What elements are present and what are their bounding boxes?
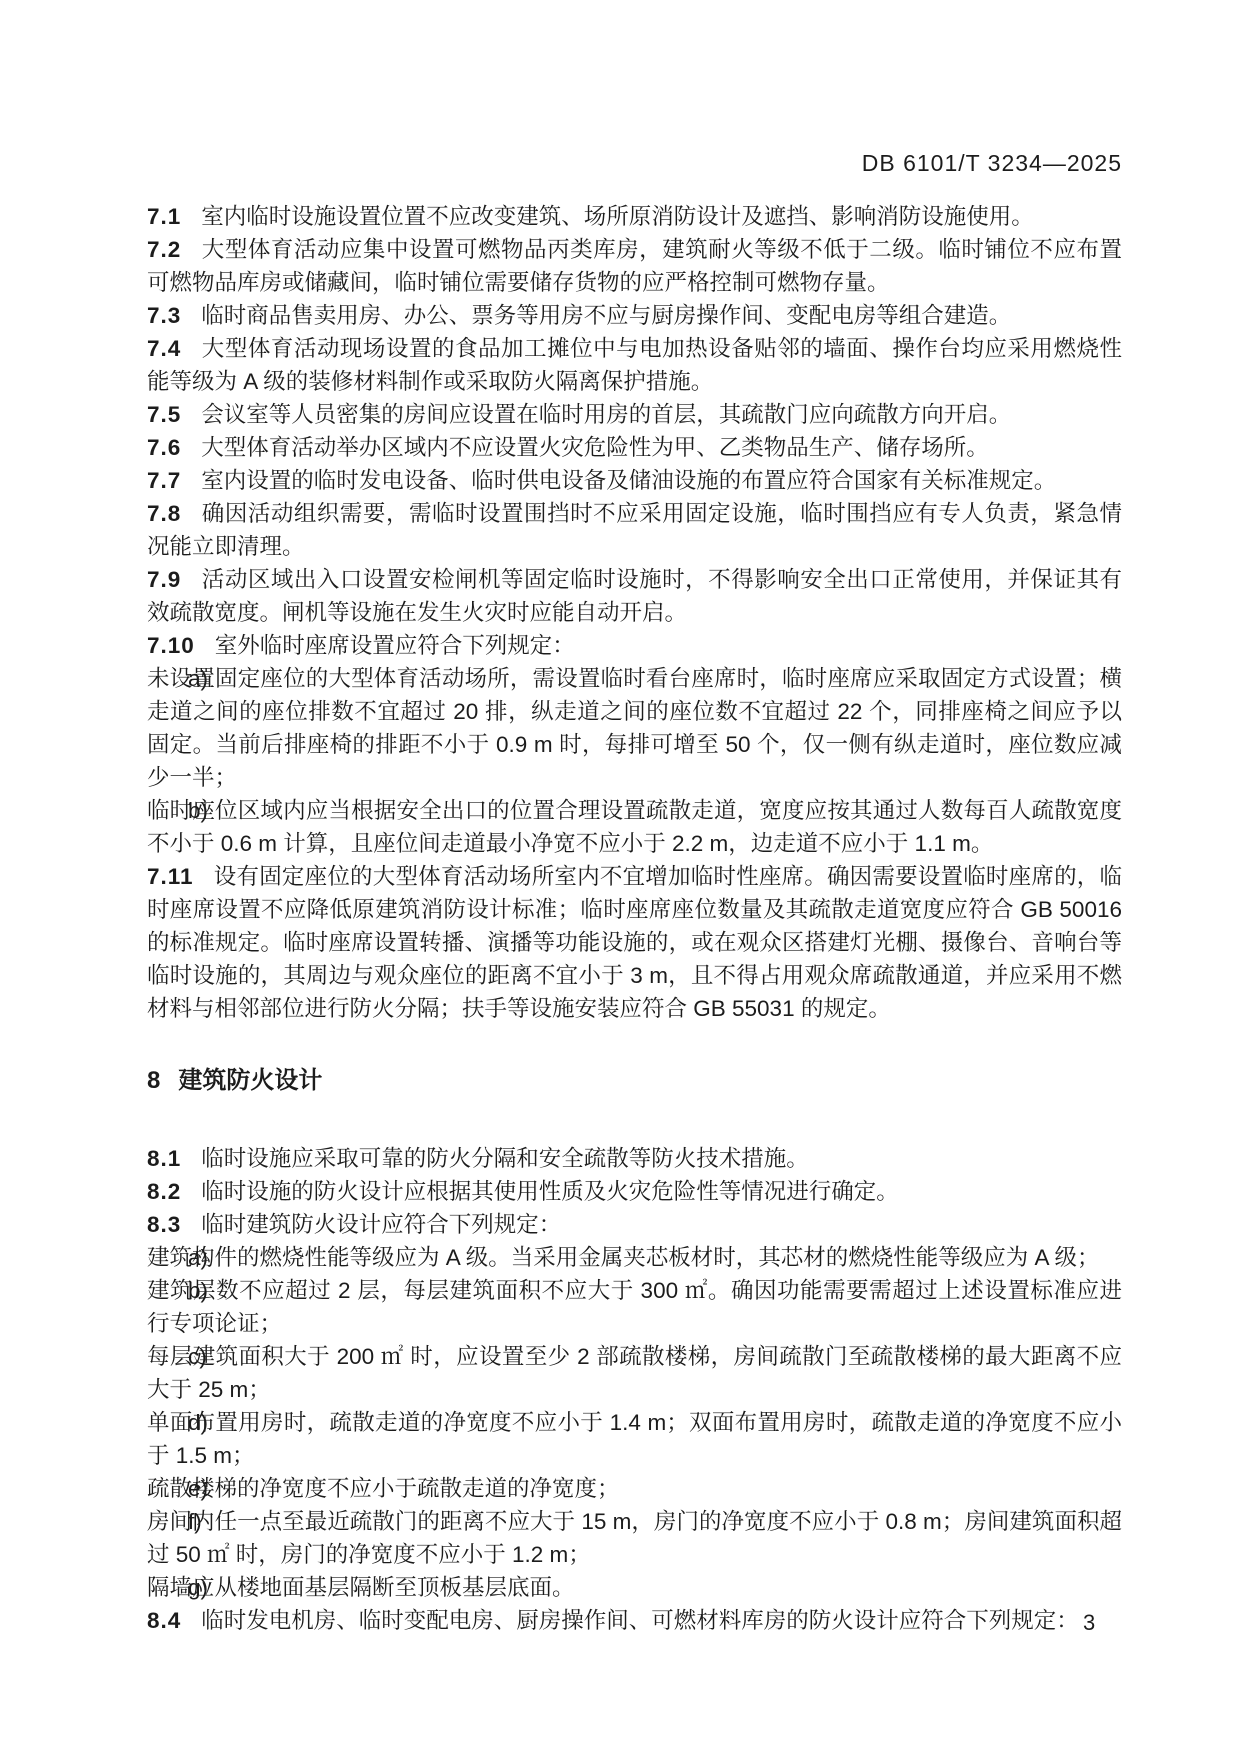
clause-7-5: 7.5会议室等人员密集的房间应设置在临时用房的首层，其疏散门应向疏散方向开启。 bbox=[147, 398, 1122, 431]
clause-number: 7.3 bbox=[147, 303, 181, 328]
clause-8-4: 8.4临时发电机房、临时变配电房、厨房操作间、可燃材料库房的防火设计应符合下列规… bbox=[147, 1604, 1122, 1637]
item-label: f) bbox=[188, 1505, 202, 1538]
list-item-8-3-e: e)疏散楼梯的净宽度不应小于疏散走道的净宽度； bbox=[147, 1472, 1122, 1505]
item-text: 临时座位区域内应当根据安全出口的位置合理设置疏散走道，宽度应按其通过人数每百人疏… bbox=[147, 798, 1122, 856]
clause-7-2: 7.2大型体育活动应集中设置可燃物品丙类库房，建筑耐火等级不低于二级。临时铺位不… bbox=[147, 233, 1122, 299]
clause-number: 7.1 bbox=[147, 204, 181, 229]
item-text: 建筑层数不应超过 2 层，每层建筑面积不应大于 300 ㎡。确因功能需要需超过上… bbox=[147, 1278, 1122, 1336]
clause-number: 8.1 bbox=[147, 1146, 181, 1171]
clause-7-1: 7.1室内临时设施设置位置不应改变建筑、场所原消防设计及遮挡、影响消防设施使用。 bbox=[147, 200, 1122, 233]
item-label: e) bbox=[188, 1472, 208, 1505]
list-item-7-10-b: b)临时座位区域内应当根据安全出口的位置合理设置疏散走道，宽度应按其通过人数每百… bbox=[147, 794, 1122, 860]
item-text: 隔墙应从楼地面基层隔断至顶板基层底面。 bbox=[147, 1575, 575, 1600]
item-label: b) bbox=[188, 1274, 208, 1307]
clause-7-11: 7.11设有固定座位的大型体育活动场所室内不宜增加临时性座席。确因需要设置临时座… bbox=[147, 860, 1122, 1025]
clause-7-9: 7.9活动区域出入口设置安检闸机等固定临时设施时，不得影响安全出口正常使用，并保… bbox=[147, 563, 1122, 629]
clause-number: 7.11 bbox=[147, 864, 194, 889]
clause-text: 临时设施应采取可靠的防火分隔和安全疏散等防火技术措施。 bbox=[201, 1146, 809, 1171]
list-item-8-3-a: a)建筑构件的燃烧性能等级应为 A 级。当采用金属夹芯板材时，其芯材的燃烧性能等… bbox=[147, 1241, 1122, 1274]
clause-text: 室内设置的临时发电设备、临时供电设备及储油设施的布置应符合国家有关标准规定。 bbox=[201, 468, 1056, 493]
document-page: DB 6101/T 3234—2025 7.1室内临时设施设置位置不应改变建筑、… bbox=[0, 0, 1241, 1755]
clause-7-8: 7.8确因活动组织需要，需临时设置围挡时不应采用固定设施，临时围挡应有专人负责，… bbox=[147, 497, 1122, 563]
clause-text: 大型体育活动举办区域内不应设置火灾危险性为甲、乙类物品生产、储存场所。 bbox=[201, 435, 989, 460]
clause-8-3: 8.3临时建筑防火设计应符合下列规定： bbox=[147, 1208, 1122, 1241]
clause-text: 临时设施的防火设计应根据其使用性质及火灾危险性等情况进行确定。 bbox=[201, 1179, 899, 1204]
item-text: 建筑构件的燃烧性能等级应为 A 级。当采用金属夹芯板材时，其芯材的燃烧性能等级应… bbox=[147, 1245, 1100, 1270]
item-label: a) bbox=[188, 1241, 208, 1274]
list-item-8-3-g: g)隔墙应从楼地面基层隔断至顶板基层底面。 bbox=[147, 1571, 1122, 1604]
clause-number: 7.4 bbox=[147, 336, 181, 361]
clause-text: 临时发电机房、临时变配电房、厨房操作间、可燃材料库房的防火设计应符合下列规定： bbox=[201, 1608, 1079, 1633]
document-body: 7.1室内临时设施设置位置不应改变建筑、场所原消防设计及遮挡、影响消防设施使用。… bbox=[147, 200, 1122, 1637]
clause-text: 会议室等人员密集的房间应设置在临时用房的首层，其疏散门应向疏散方向开启。 bbox=[201, 402, 1011, 427]
clause-number: 8.3 bbox=[147, 1212, 181, 1237]
clause-text: 室外临时座席设置应符合下列规定： bbox=[215, 633, 575, 658]
item-text: 房间内任一点至最近疏散门的距离不应大于 15 m，房门的净宽度不应小于 0.8 … bbox=[147, 1509, 1122, 1567]
clause-number: 7.9 bbox=[147, 567, 181, 592]
page-number: 3 bbox=[1083, 1610, 1095, 1636]
standard-code-header: DB 6101/T 3234—2025 bbox=[147, 150, 1122, 177]
item-text: 未设置固定座位的大型体育活动场所，需设置临时看台座席时，临时座席应采取固定方式设… bbox=[147, 666, 1122, 790]
section-heading-8: 8建筑防火设计 bbox=[147, 1064, 1122, 1097]
clause-text: 室内临时设施设置位置不应改变建筑、场所原消防设计及遮挡、影响消防设施使用。 bbox=[201, 204, 1034, 229]
item-label: g) bbox=[188, 1571, 208, 1604]
clause-7-4: 7.4大型体育活动现场设置的食品加工摊位中与电加热设备贴邻的墙面、操作台均应采用… bbox=[147, 332, 1122, 398]
item-label: d) bbox=[188, 1406, 208, 1439]
list-item-8-3-c: c)每层建筑面积大于 200 ㎡ 时，应设置至少 2 部疏散楼梯，房间疏散门至疏… bbox=[147, 1340, 1122, 1406]
list-item-8-3-b: b)建筑层数不应超过 2 层，每层建筑面积不应大于 300 ㎡。确因功能需要需超… bbox=[147, 1274, 1122, 1340]
item-text: 每层建筑面积大于 200 ㎡ 时，应设置至少 2 部疏散楼梯，房间疏散门至疏散楼… bbox=[147, 1344, 1122, 1402]
clause-8-2: 8.2临时设施的防火设计应根据其使用性质及火灾危险性等情况进行确定。 bbox=[147, 1175, 1122, 1208]
clause-7-3: 7.3临时商品售卖用房、办公、票务等用房不应与厨房操作间、变配电房等组合建造。 bbox=[147, 299, 1122, 332]
item-label: c) bbox=[188, 1340, 207, 1373]
item-label: a) bbox=[188, 662, 208, 695]
clause-7-7: 7.7室内设置的临时发电设备、临时供电设备及储油设施的布置应符合国家有关标准规定… bbox=[147, 464, 1122, 497]
clause-text: 确因活动组织需要，需临时设置围挡时不应采用固定设施，临时围挡应有专人负责，紧急情… bbox=[147, 501, 1122, 559]
clause-number: 7.6 bbox=[147, 435, 181, 460]
clause-number: 8.4 bbox=[147, 1608, 181, 1633]
item-text: 单面布置用房时，疏散走道的净宽度不应小于 1.4 m；双面布置用房时，疏散走道的… bbox=[147, 1410, 1122, 1468]
item-text: 疏散楼梯的净宽度不应小于疏散走道的净宽度； bbox=[147, 1476, 620, 1501]
clause-number: 7.5 bbox=[147, 402, 181, 427]
clause-number: 7.8 bbox=[147, 501, 181, 526]
clause-8-1: 8.1临时设施应采取可靠的防火分隔和安全疏散等防火技术措施。 bbox=[147, 1142, 1122, 1175]
clause-text: 活动区域出入口设置安检闸机等固定临时设施时，不得影响安全出口正常使用，并保证其有… bbox=[147, 567, 1122, 625]
clause-text: 大型体育活动现场设置的食品加工摊位中与电加热设备贴邻的墙面、操作台均应采用燃烧性… bbox=[147, 336, 1122, 394]
clause-text: 大型体育活动应集中设置可燃物品丙类库房，建筑耐火等级不低于二级。临时铺位不应布置… bbox=[147, 237, 1122, 295]
item-label: b) bbox=[188, 794, 208, 827]
clause-7-10: 7.10室外临时座席设置应符合下列规定： bbox=[147, 629, 1122, 662]
clause-text: 临时商品售卖用房、办公、票务等用房不应与厨房操作间、变配电房等组合建造。 bbox=[201, 303, 1011, 328]
clause-7-6: 7.6大型体育活动举办区域内不应设置火灾危险性为甲、乙类物品生产、储存场所。 bbox=[147, 431, 1122, 464]
section-title: 建筑防火设计 bbox=[178, 1067, 322, 1094]
clause-number: 7.10 bbox=[147, 633, 195, 658]
clause-number: 7.2 bbox=[147, 237, 181, 262]
list-item-7-10-a: a)未设置固定座位的大型体育活动场所，需设置临时看台座席时，临时座席应采取固定方… bbox=[147, 662, 1122, 794]
clause-text: 设有固定座位的大型体育活动场所室内不宜增加临时性座席。确因需要设置临时座席的，临… bbox=[147, 864, 1122, 1021]
list-item-8-3-f: f)房间内任一点至最近疏散门的距离不应大于 15 m，房门的净宽度不应小于 0.… bbox=[147, 1505, 1122, 1571]
clause-number: 7.7 bbox=[147, 468, 181, 493]
section-number: 8 bbox=[147, 1067, 161, 1094]
clause-number: 8.2 bbox=[147, 1179, 181, 1204]
clause-text: 临时建筑防火设计应符合下列规定： bbox=[201, 1212, 561, 1237]
list-item-8-3-d: d)单面布置用房时，疏散走道的净宽度不应小于 1.4 m；双面布置用房时，疏散走… bbox=[147, 1406, 1122, 1472]
